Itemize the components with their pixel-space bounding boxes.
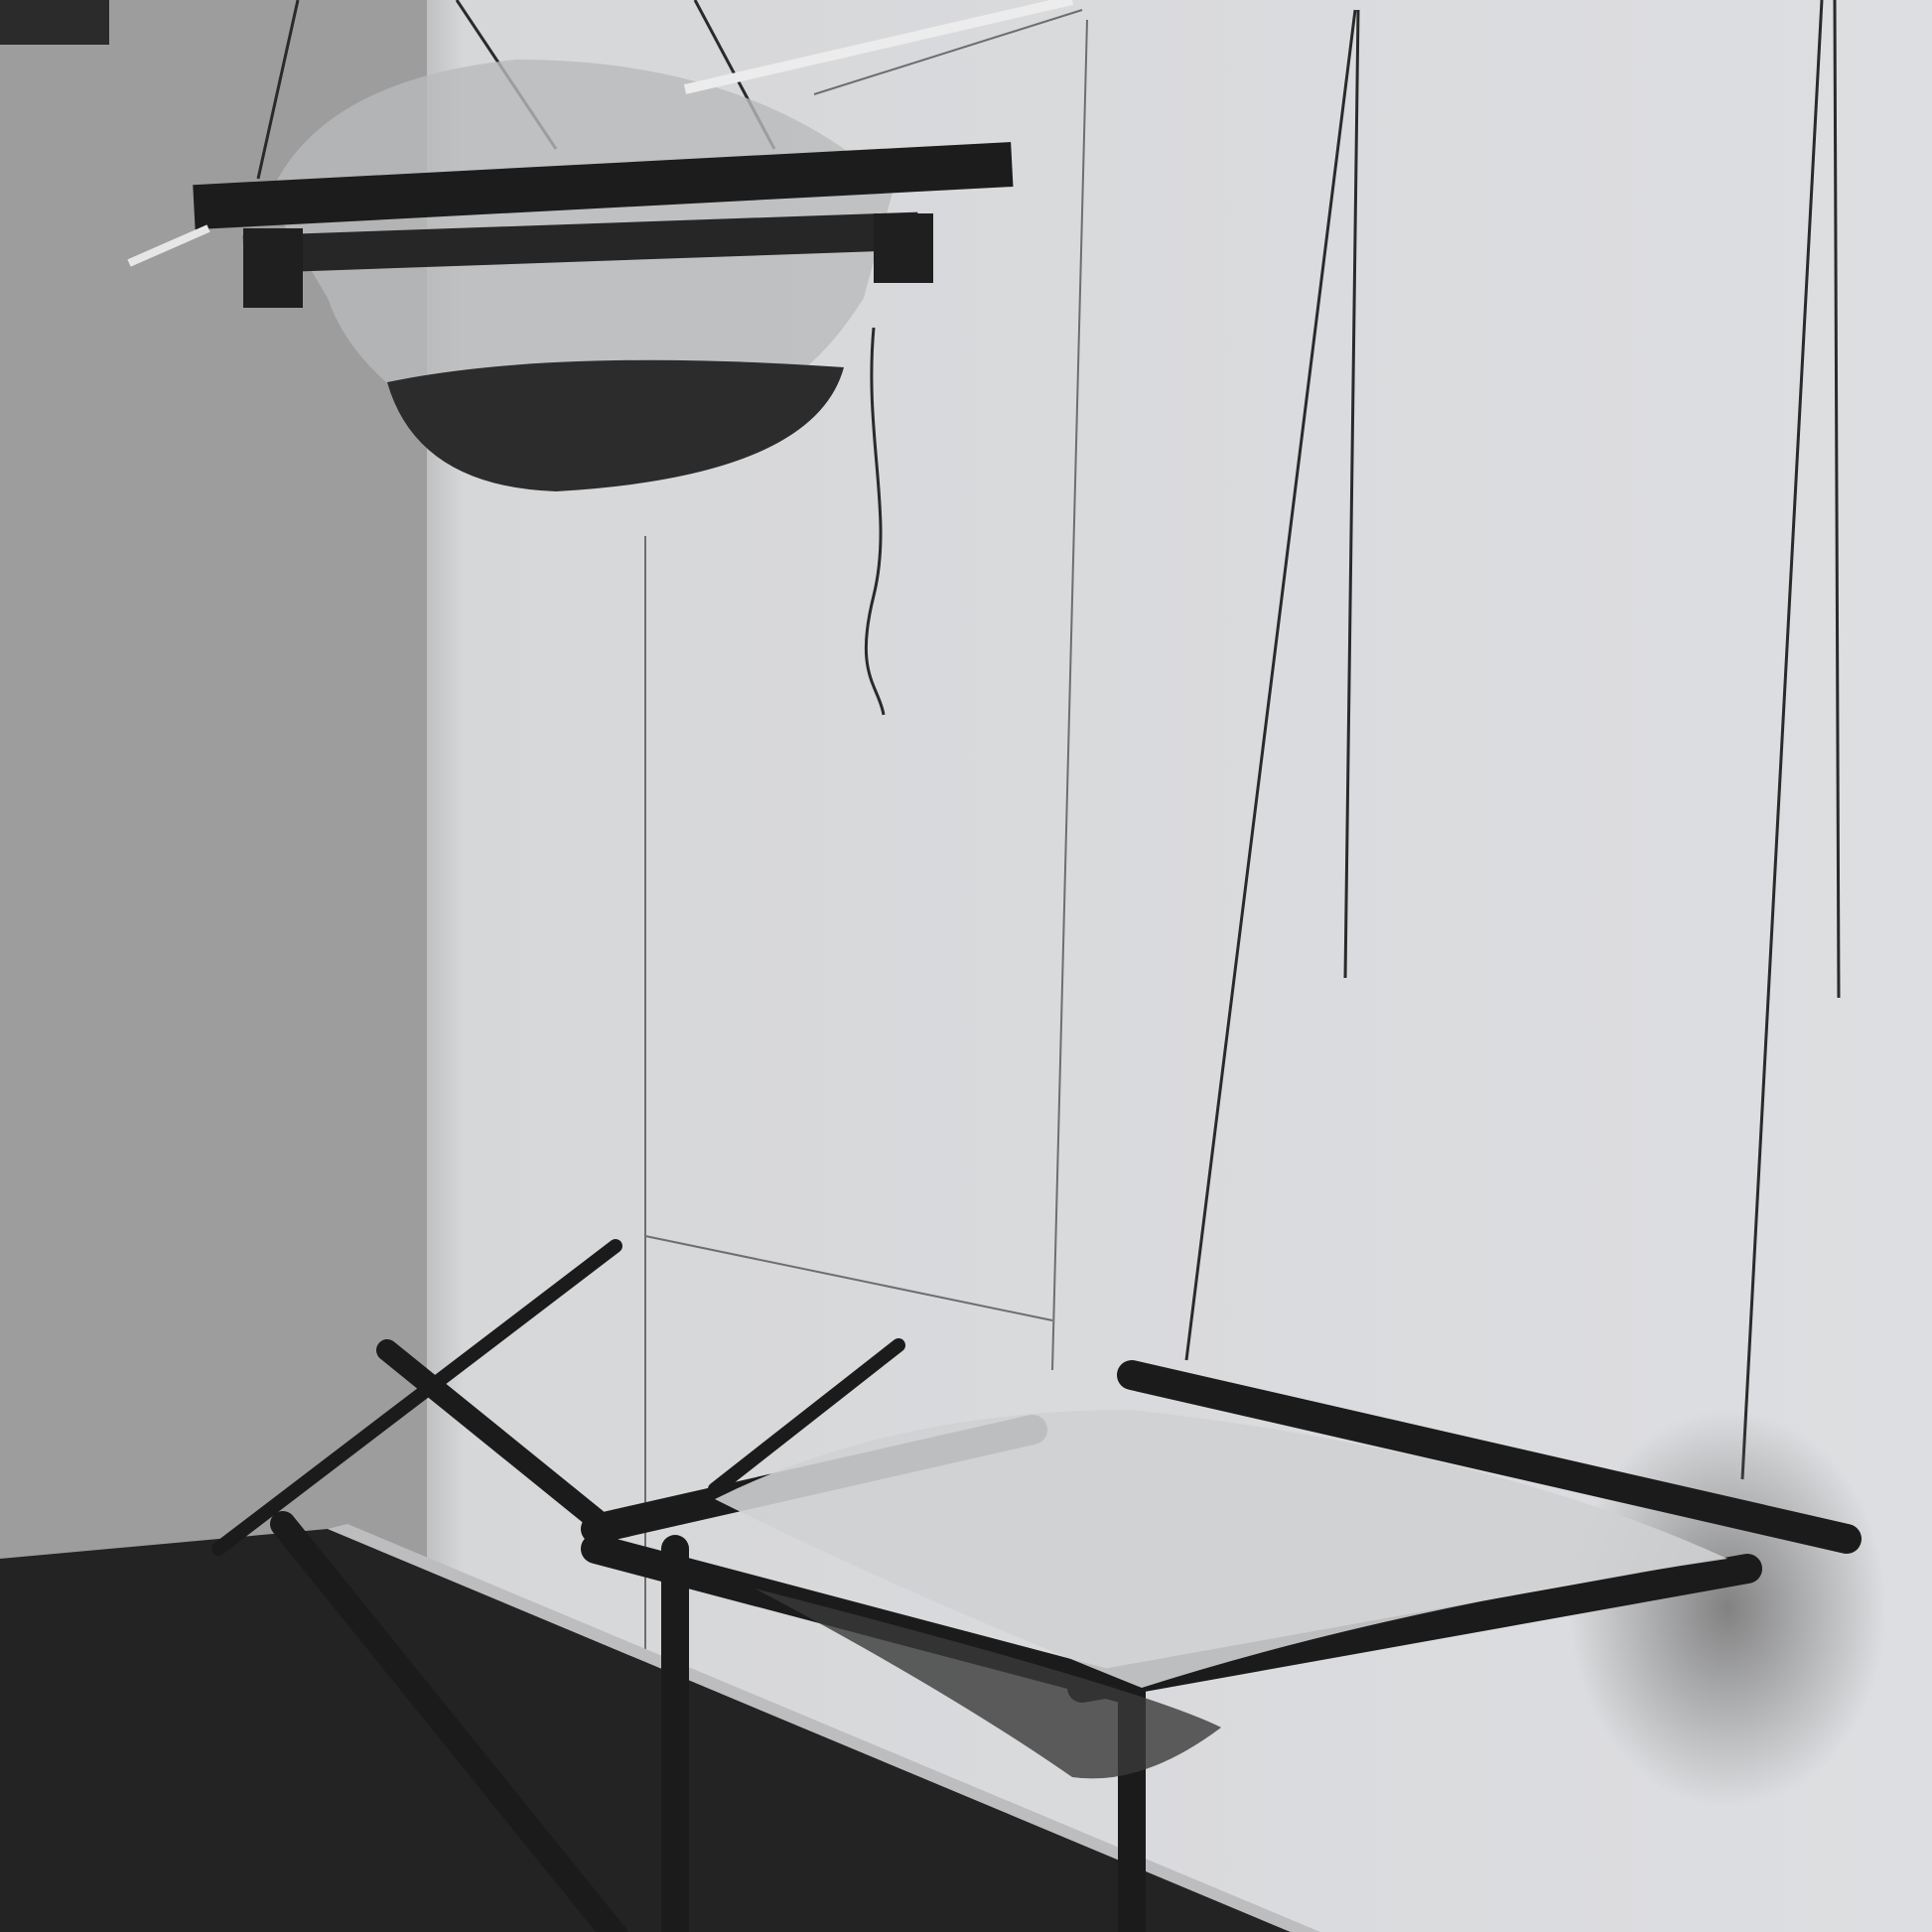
installation-photo (0, 0, 1932, 1932)
